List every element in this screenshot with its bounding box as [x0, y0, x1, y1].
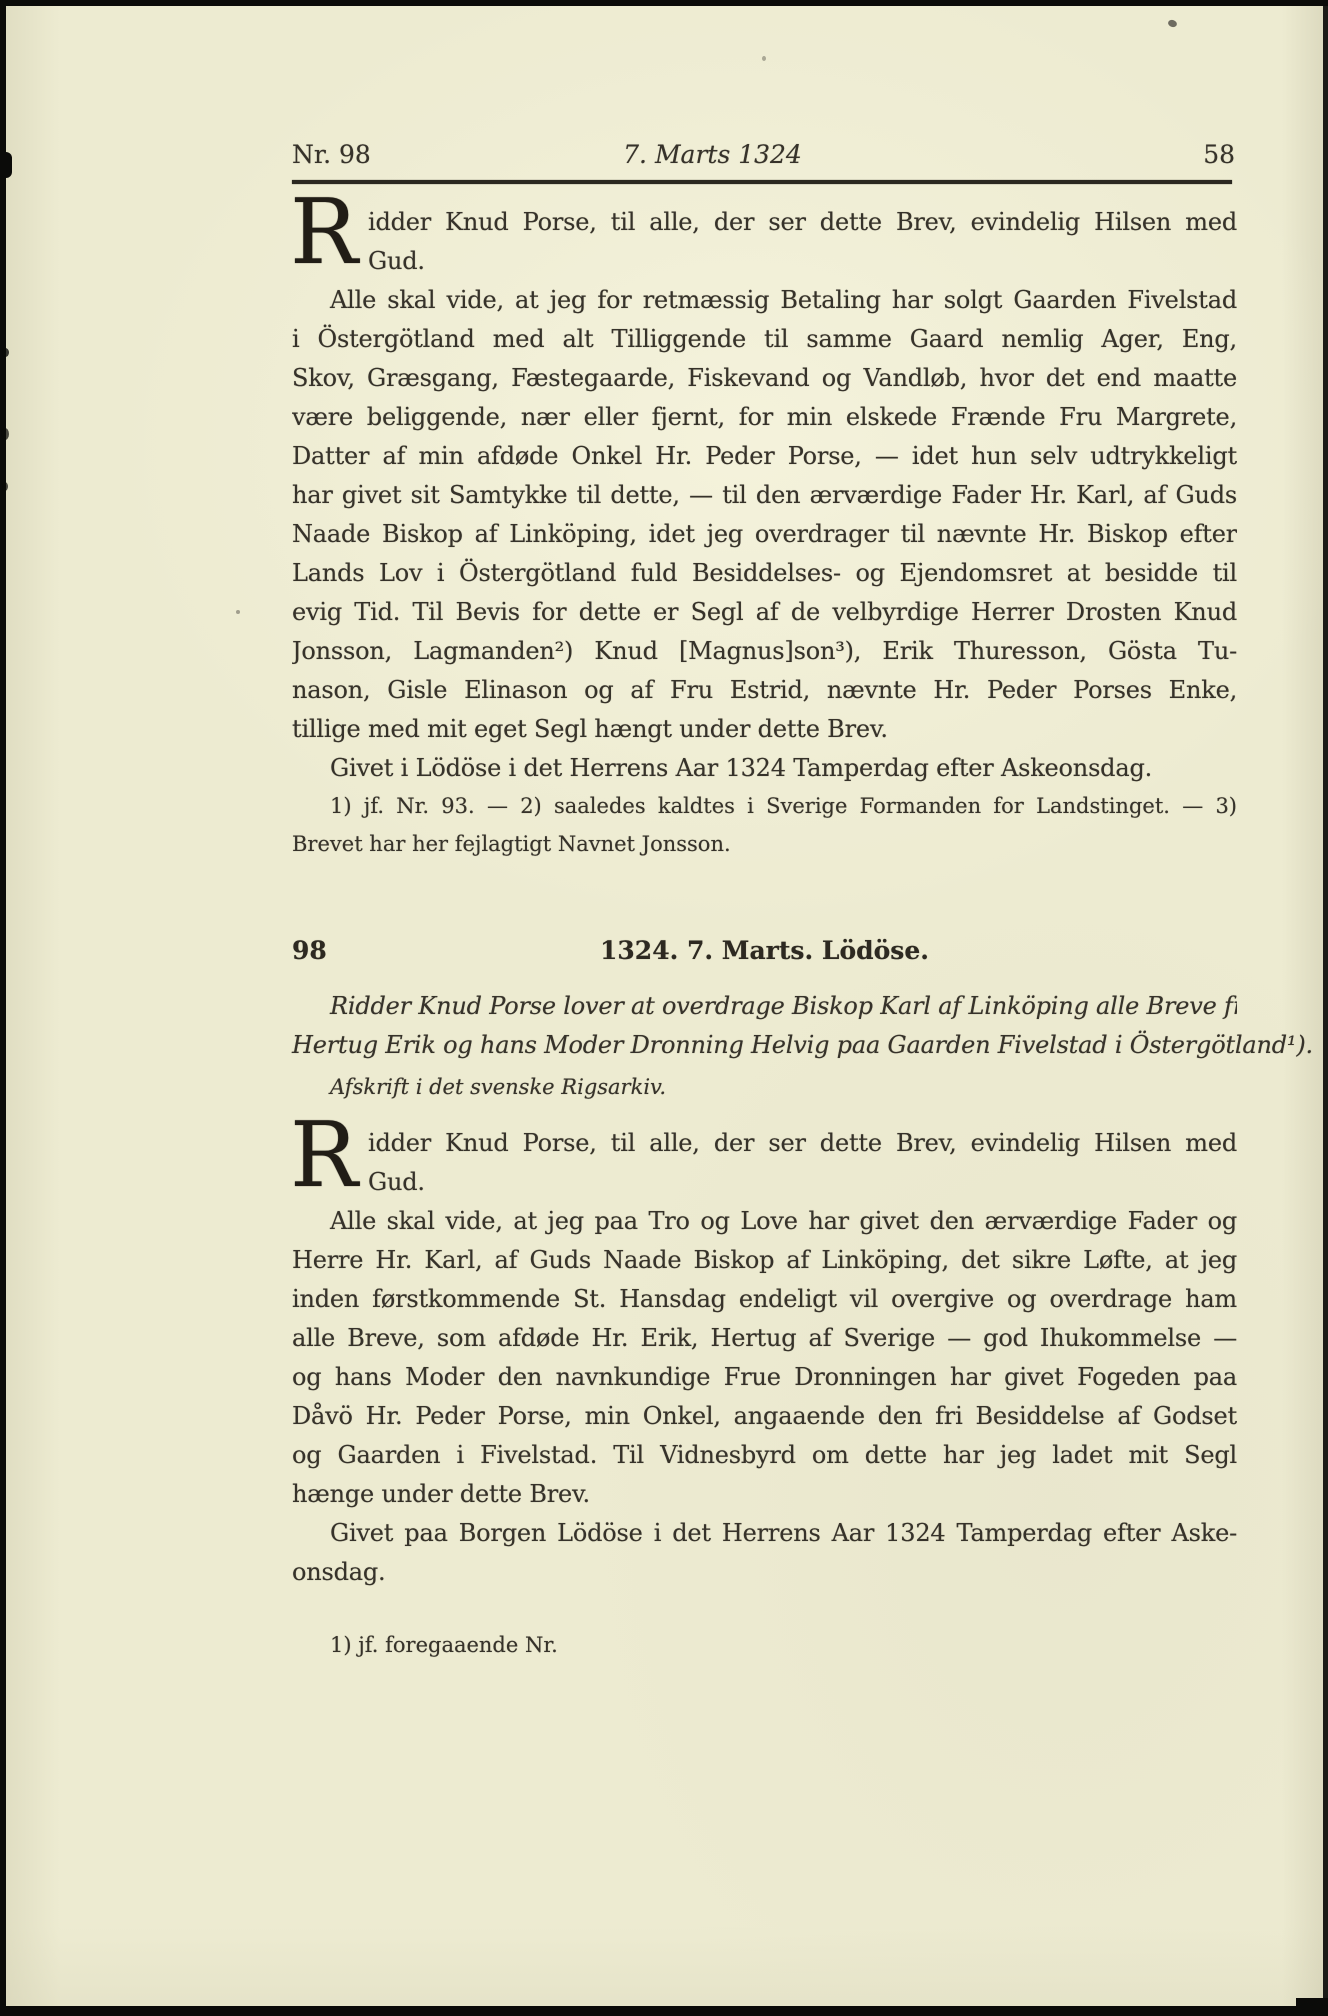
body-line: Gud. [292, 242, 1237, 281]
drop-cap: R [290, 1111, 358, 1201]
body-line: Datter af min afdøde Onkel Hr. Peder Por… [292, 437, 1237, 476]
body-line: evig Tid. Til Bevis for dette er Segl af… [292, 593, 1237, 632]
entry-heading-date: 1324. 7. Marts. Lödöse. [292, 936, 1237, 965]
body-line: alle Breve, som afdøde Hr. Erik, Hertug … [292, 1319, 1237, 1358]
summary-line: Ridder Knud Porse lover at overdrage Bis… [292, 987, 1237, 1026]
body-line: idder Knud Porse, til alle, der ser dett… [292, 1124, 1237, 1163]
scan-edge-bottom [0, 2006, 1328, 2016]
body-line: nason, Gisle Elinason og af Fru Estrid, … [292, 671, 1237, 710]
body-line: Naade Biskop af Linköping, idet jeg over… [292, 515, 1237, 554]
entry-summary: Ridder Knud Porse lover at overdrage Bis… [292, 987, 1237, 1065]
scan-blemish [0, 152, 12, 178]
scan-edge-right [1323, 0, 1328, 2016]
entry-heading: 98 1324. 7. Marts. Lödöse. [292, 936, 1237, 970]
entry-source: Afskrift i det svenske Rigsarkiv. [292, 1072, 1275, 1102]
body-line: Alle skal vide, at jeg for retmæssig Bet… [292, 281, 1237, 320]
body-line: og hans Moder den navnkundige Frue Dronn… [292, 1358, 1237, 1397]
scan-blemish [2, 348, 9, 357]
body-line: har givet sit Samtykke til dette, — til … [292, 476, 1237, 515]
running-header: Nr. 98 7. Marts 1324 58 [292, 140, 1237, 174]
doc1-body: R idder Knud Porse, til alle, der ser de… [292, 203, 1237, 788]
body-line: og Gaarden i Fivelstad. Til Vidnesbyrd o… [292, 1436, 1237, 1475]
scan-blemish [1, 428, 9, 440]
scan-speck [762, 56, 766, 61]
body-line: Dåvö Hr. Peder Porse, min Onkel, angaaen… [292, 1397, 1237, 1436]
body-line: Givet paa Borgen Lödöse i det Herrens Aa… [292, 1514, 1237, 1553]
body-line: Lands Lov i Östergötland fuld Besiddelse… [292, 554, 1237, 593]
body-line: hænge under dette Brev. [292, 1475, 1237, 1514]
body-line: Herre Hr. Karl, af Guds Naade Biskop af … [292, 1241, 1237, 1280]
body-line: være beliggende, nær eller fjernt, for m… [292, 398, 1237, 437]
body-line: idder Knud Porse, til alle, der ser dett… [292, 203, 1237, 242]
body-line: Skov, Græsgang, Fæstegaarde, Fiskevand o… [292, 359, 1237, 398]
body-line: tillige med mit eget Segl hængt under de… [292, 710, 1237, 749]
body-line: onsdag. [292, 1553, 1237, 1592]
header-page-number: 58 [1203, 140, 1235, 169]
body-line: Alle skal vide, at jeg paa Tro og Love h… [292, 1202, 1237, 1241]
scan-edge-top [0, 0, 1328, 6]
scan-blemish [2, 482, 8, 491]
header-date: 7. Marts 1324 [240, 140, 1185, 169]
body-line: i Östergötland med alt Tilliggende til s… [292, 320, 1237, 359]
body-line: Jonsson, Lagmanden²) Knud [Magnus]son³),… [292, 632, 1237, 671]
scan-blemish [1296, 1998, 1328, 2016]
footnote-line: Brevet har her fejlagtigt Navnet Jonsson… [292, 825, 1237, 863]
drop-cap: R [290, 188, 358, 278]
body-line: Givet i Lödöse i det Herrens Aar 1324 Ta… [292, 749, 1237, 788]
doc2-footnote: 1) jf. foregaaende Nr. [292, 1626, 1237, 1664]
doc2-body: R idder Knud Porse, til alle, der ser de… [292, 1124, 1237, 1592]
doc1-footnote: 1) jf. Nr. 93. — 2) saaledes kaldtes i S… [292, 787, 1237, 863]
header-rule [292, 180, 1232, 184]
body-line: Gud. [292, 1163, 1237, 1202]
scan-speck [236, 610, 240, 614]
scan-edge-left [0, 0, 6, 2016]
body-line: inden førstkommende St. Hansdag endeligt… [292, 1280, 1237, 1319]
footnote-line: 1) jf. Nr. 93. — 2) saaledes kaldtes i S… [292, 787, 1237, 825]
footnote-line: 1) jf. foregaaende Nr. [292, 1626, 1237, 1664]
summary-line: Hertug Erik og hans Moder Dronning Helvi… [292, 1026, 1237, 1065]
